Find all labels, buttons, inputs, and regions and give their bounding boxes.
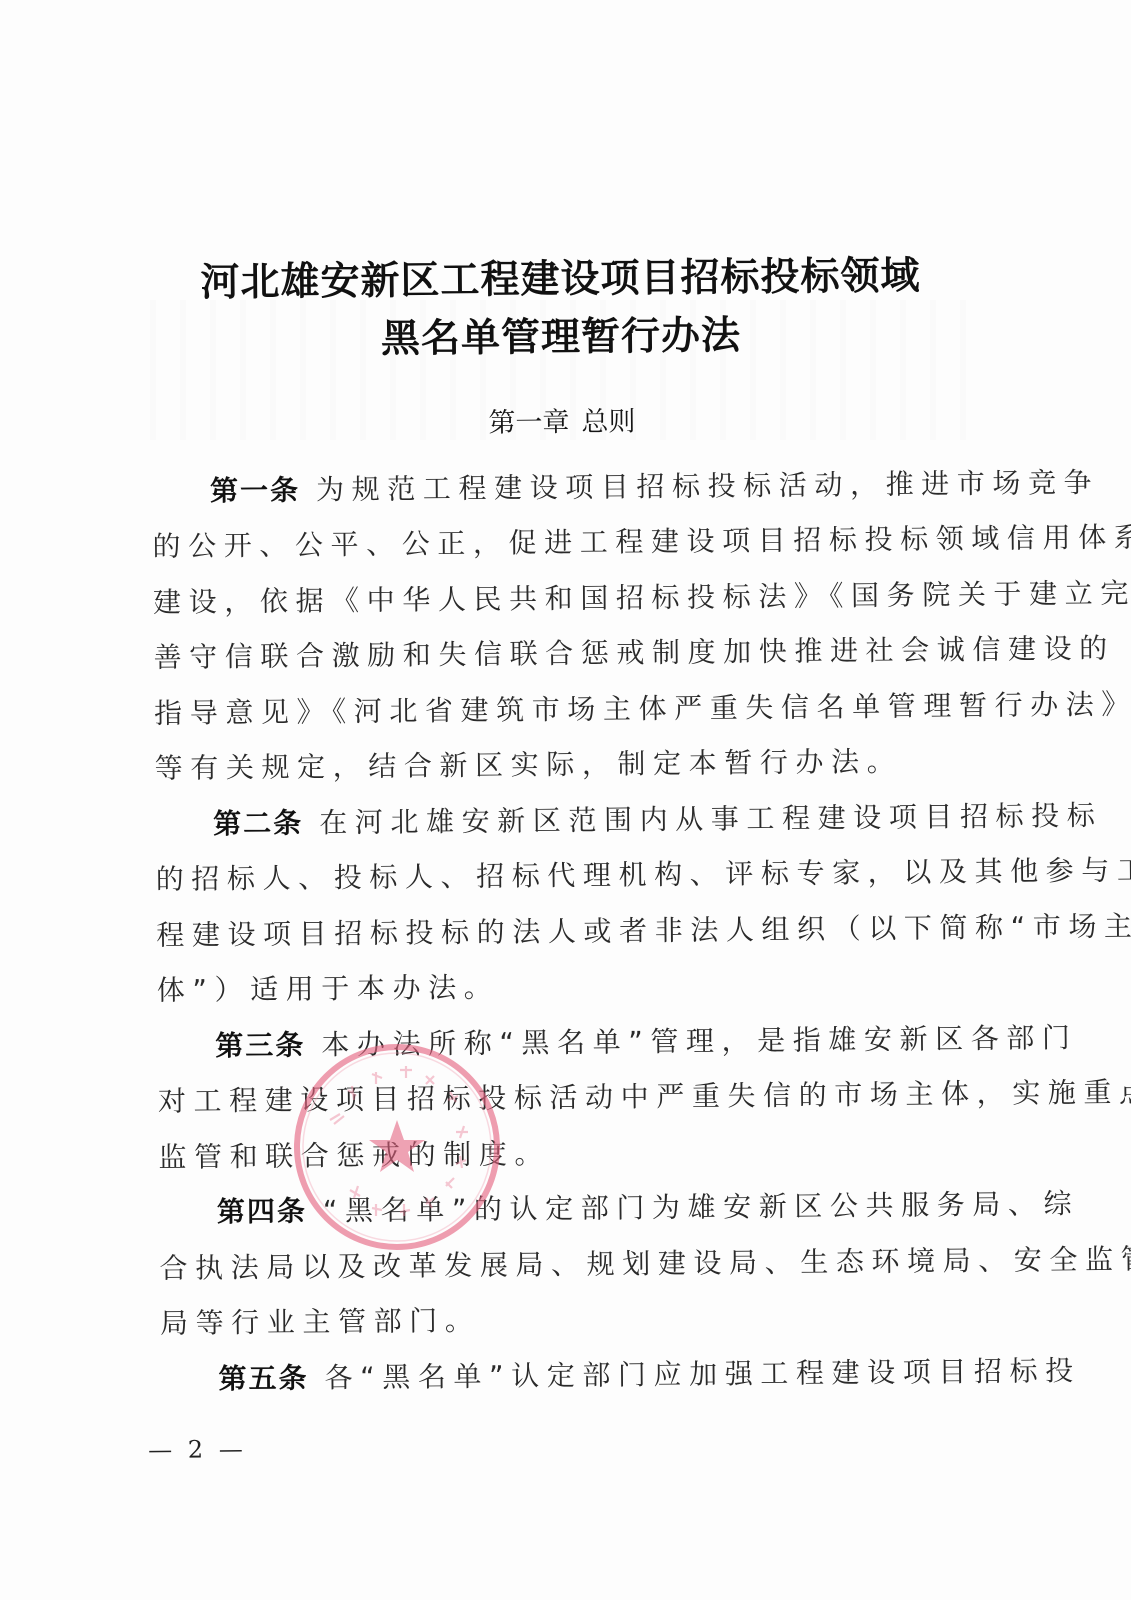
article-1-line-6: 等有关规定，结合新区实际，制定本暂行办法。 [155, 743, 975, 787]
chapter-name: 总则 [581, 406, 635, 438]
article-2-line-4: 体”）适用于本办法。 [157, 965, 977, 1009]
chapter-heading: 第一章总则 [0, 395, 1128, 445]
article-3-line-1: 第三条本办法所称“黑名单”管理，是指雄安新区各部门 [215, 1021, 977, 1064]
article-1-line-1: 第一条为规范工程建设项目招标投标活动，推进市场竞争 [210, 466, 972, 509]
article-number: 第二条 [213, 807, 303, 841]
article-4-line-1: 第四条“黑名单”的认定部门为雄安新区公共服务局、综 [217, 1187, 979, 1230]
page-number: — 2 — [148, 1435, 247, 1464]
document-page: 河北雄安新区工程建设项目招标投标领域 黑名单管理暂行办法 第一章总则 第一条为规… [0, 0, 1131, 1600]
article-2-line-3: 程建设项目招标投标的法人或者非法人组织（以下简称“市场主 [156, 910, 976, 954]
document-title-line-1: 河北雄安新区工程建设项目招标投标领域 [0, 243, 1126, 310]
article-text: “黑名单”的认定部门为雄安新区公共服务局、综 [323, 1187, 1080, 1227]
article-number: 第三条 [215, 1029, 305, 1063]
article-1-line-2: 的公开、公平、公正，促进工程建设项目招标投标领域信用体系 [152, 521, 972, 565]
article-number: 第一条 [210, 474, 300, 508]
chapter-number: 第一章 [488, 407, 569, 439]
article-text: 在河北雄安新区范围内从事工程建设项目招标投标 [319, 799, 1102, 840]
article-4-line-3: 局等行业主管部门。 [160, 1298, 980, 1342]
article-text: 为规范工程建设项目招标投标活动，推进市场竞争 [316, 466, 1099, 507]
article-3-line-3: 监管和联合惩戒的制度。 [158, 1132, 978, 1176]
article-text: 各“黑名单”认定部门应加强工程建设项目招标投 [324, 1354, 1081, 1394]
article-text: 本办法所称“黑名单”管理，是指雄安新区各部门 [321, 1021, 1078, 1061]
article-1-line-5: 指导意见》《河北省建筑市场主体严重失信名单管理暂行办法》 [154, 688, 974, 732]
article-1-line-4: 善守信联合激励和失信联合惩戒制度加快推进社会诚信建设的 [153, 632, 973, 676]
article-1-line-3: 建设，依据《中华人民共和国招标投标法》《国务院关于建立完 [153, 577, 973, 621]
article-2-line-2: 的招标人、投标人、招标代理机构、评标专家，以及其他参与工 [156, 854, 976, 898]
document-title-line-2: 黑名单管理暂行办法 [0, 301, 1127, 368]
article-4-line-2: 合执法局以及改革发展局、规划建设局、生态环境局、安全监管 [159, 1243, 979, 1287]
article-number: 第五条 [218, 1361, 308, 1395]
article-3-line-2: 对工程建设项目招标投标活动中严重失信的市场主体，实施重点 [158, 1076, 978, 1120]
article-5-line-1: 第五条各“黑名单”认定部门应加强工程建设项目招标投 [218, 1354, 980, 1397]
article-2-line-1: 第二条在河北雄安新区范围内从事工程建设项目招标投标 [213, 799, 975, 842]
article-number: 第四条 [217, 1194, 307, 1228]
page-content: 河北雄安新区工程建设项目招标投标领域 黑名单管理暂行办法 第一章总则 第一条为规… [0, 0, 1131, 1600]
